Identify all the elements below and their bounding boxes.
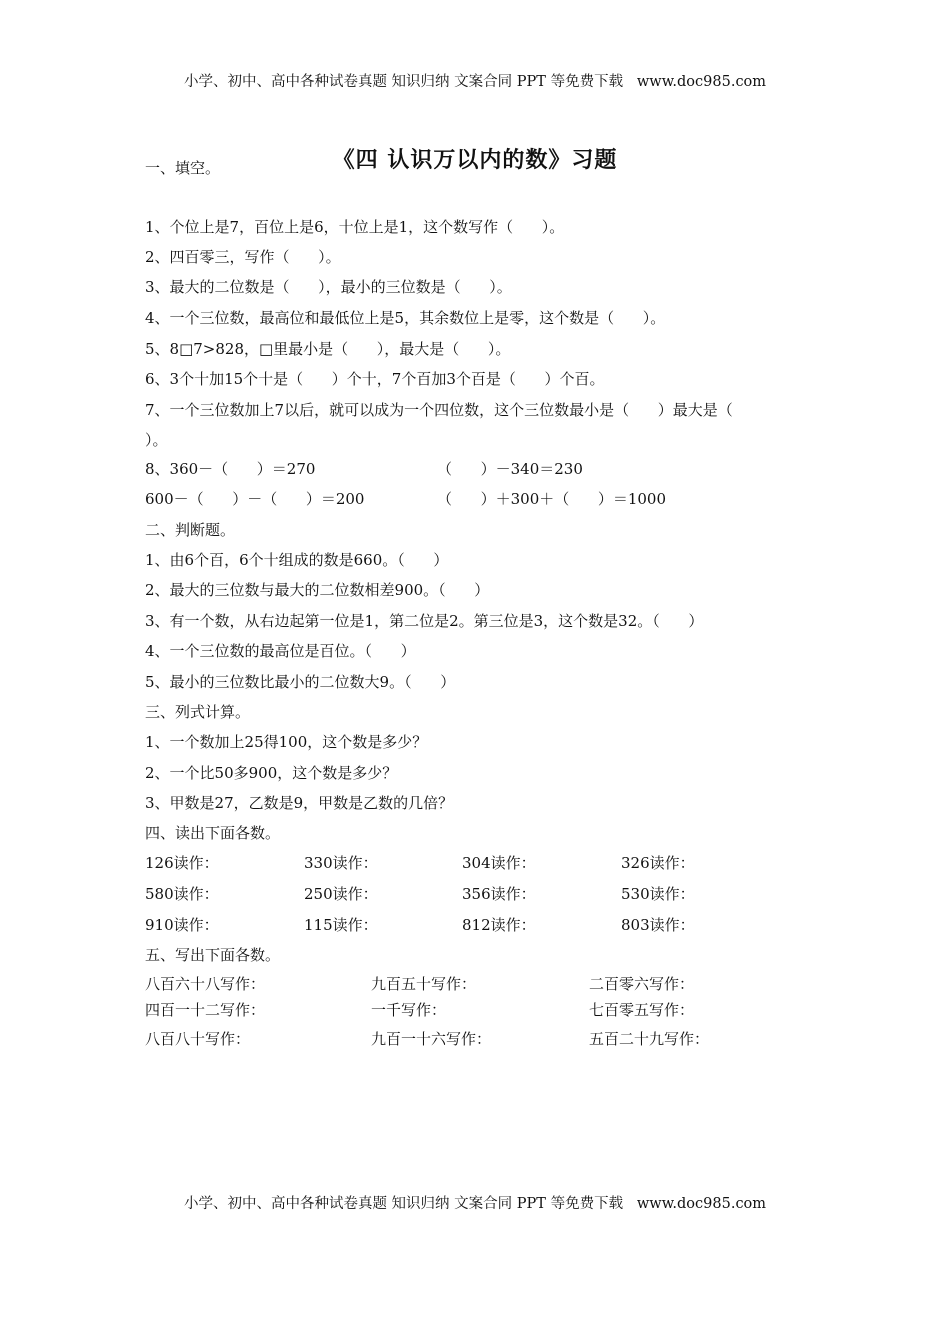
read-item: 812读作： [462, 915, 536, 935]
write-item: 八百六十八写作： [145, 974, 265, 994]
question-item: 1、个位上是7，百位上是6，十位上是1，这个数写作（ ）。 [145, 217, 564, 237]
question-item: 7、一个三位数加上7以后，就可以成为一个四位数，这个三位数最小是（ ）最大是（ [145, 400, 733, 420]
read-item: 326读作： [621, 853, 695, 873]
section-heading-fill-blank: 一、填空。 [145, 158, 220, 178]
read-item: 304读作： [462, 853, 536, 873]
read-item: 115读作： [304, 915, 378, 935]
write-item: 九百一十六写作： [371, 1029, 491, 1049]
read-item: 803读作： [621, 915, 695, 935]
write-item: 九百五十写作： [371, 974, 476, 994]
question-item: 2、一个比50多900，这个数是多少？ [145, 763, 397, 783]
read-item: 330读作： [304, 853, 378, 873]
read-item: 530读作： [621, 884, 695, 904]
read-item: 910读作： [145, 915, 219, 935]
write-item: 二百零六写作： [589, 974, 694, 994]
question-item: 3、甲数是27，乙数是9，甲数是乙数的几倍？ [145, 793, 453, 813]
read-item: 580读作： [145, 884, 219, 904]
write-item: 五百二十九写作： [589, 1029, 709, 1049]
question-item: 5、最小的三位数比最小的二位数大9。（ ） [145, 672, 455, 692]
section-heading-calculation: 三、列式计算。 [145, 702, 250, 722]
question-item: 2、最大的三位数与最大的二位数相差900。（ ） [145, 580, 489, 600]
question-item: 1、由6个百，6个十组成的数是660。（ ） [145, 550, 448, 570]
read-item: 356读作： [462, 884, 536, 904]
equation: （ ）－340＝230 [437, 459, 583, 479]
write-item: 八百八十写作： [145, 1029, 250, 1049]
question-item: 2、四百零三，写作（ ）。 [145, 247, 341, 267]
write-item: 七百零五写作： [589, 1000, 694, 1020]
equation: （ ）＋300＋（ ）＝1000 [437, 489, 666, 509]
section-heading-write-numbers: 五、写出下面各数。 [145, 945, 280, 965]
equation: 600－（ ）－（ ）＝200 [145, 489, 364, 509]
write-item: 四百一十二写作： [145, 1000, 265, 1020]
question-item: 6、3个十加15个十是（ ）个十，7个百加3个百是（ ）个百。 [145, 369, 604, 389]
read-item: 250读作： [304, 884, 378, 904]
write-item: 一千写作： [371, 1000, 446, 1020]
page-footer: 小学、初中、高中各种试卷真题 知识归纳 文案合同 PPT 等免费下载 www.d… [0, 1192, 950, 1213]
question-item: 4、一个三位数的最高位是百位。（ ） [145, 641, 416, 661]
question-item: 3、最大的二位数是（ ），最小的三位数是（ ）。 [145, 277, 512, 297]
page-header: 小学、初中、高中各种试卷真题 知识归纳 文案合同 PPT 等免费下载 www.d… [0, 70, 950, 91]
question-item: 4、一个三位数，最高位和最低位上是5，其余数位上是零，这个数是（ ）。 [145, 308, 665, 328]
question-item-continued: ）。 [145, 430, 168, 450]
question-item: 5、8□7>828，□里最小是（ ），最大是（ ）。 [145, 339, 510, 359]
question-item: 1、一个数加上25得100，这个数是多少？ [145, 732, 427, 752]
section-heading-read-numbers: 四、读出下面各数。 [145, 823, 280, 843]
read-item: 126读作： [145, 853, 219, 873]
section-heading-true-false: 二、判断题。 [145, 520, 235, 540]
question-item: 3、有一个数，从右边起第一位是1，第二位是2。第三位是3，这个数是32。（ ） [145, 611, 703, 631]
page-title: 《四 认识万以内的数》习题 [0, 143, 950, 174]
equation: 8、360－（ ）＝270 [145, 459, 315, 479]
